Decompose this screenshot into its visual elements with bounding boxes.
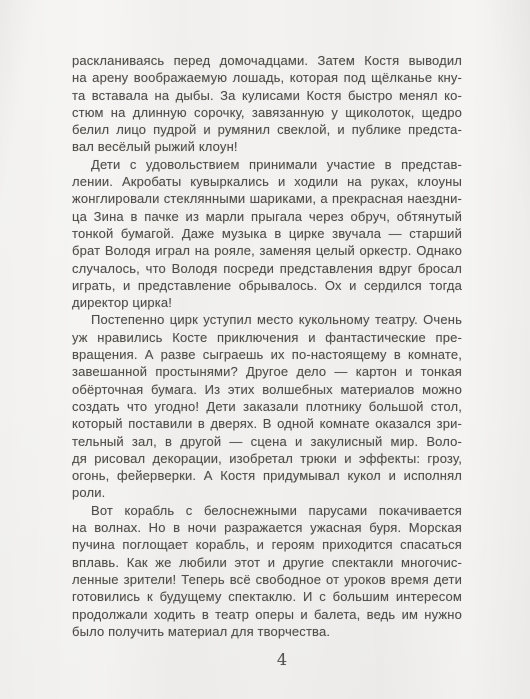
text-block: раскланиваясь перед домочадцами. Затем К… (72, 52, 462, 640)
text-line: дя рисовал декорации, изобретал трюки и … (72, 450, 462, 467)
text-line: брат Володя играл на рояле, заменяя целы… (72, 242, 462, 259)
text-line: Постепенно цирк уступил место кукольному… (72, 311, 462, 328)
text-line: Вот корабль с белоснежными парусами пока… (72, 502, 462, 519)
text-line: стюм на длинную сорочку, завязанную у щи… (72, 104, 462, 121)
text-line: завешанной простынями? Другое дело — кар… (72, 363, 462, 380)
text-line: уж нравились Косте приключения и фантаст… (72, 329, 462, 346)
text-line: раскланиваясь перед домочадцами. Затем К… (72, 52, 462, 69)
text-line: тельный зал, в другой — сцена и закулисн… (72, 433, 462, 450)
text-line: та вставала на дыбы. За кулисами Костя б… (72, 87, 462, 104)
text-line: случалось, что Володя посреди представле… (72, 260, 462, 277)
book-page: раскланиваясь перед домочадцами. Затем К… (0, 0, 530, 699)
text-line: тонкой бумагой. Даже музыка в цирке звуч… (72, 225, 462, 242)
paragraph: Вот корабль с белоснежными парусами пока… (72, 502, 462, 640)
page-number: 4 (17, 650, 530, 669)
text-line: ца Зина в пачке из марли прыгала через о… (72, 208, 462, 225)
paragraph: Постепенно цирк уступил место кукольному… (72, 311, 462, 501)
text-line: роли. (72, 484, 462, 501)
text-line: обёрточная бумага. Из этих волшебных мат… (72, 381, 462, 398)
text-line: белил лицо пудрой и румянил свеклой, и п… (72, 121, 462, 138)
text-line: жонглировали стеклянными шариками, а пре… (72, 190, 462, 207)
text-line: Дети с удовольствием принимали участие в… (72, 156, 462, 173)
text-line: директор цирка! (72, 294, 462, 311)
text-line: который поставили в дверях. В одной комн… (72, 415, 462, 432)
text-line: лении. Акробаты кувыркались и ходили на … (72, 173, 462, 190)
paragraph: Дети с удовольствием принимали участие в… (72, 156, 462, 312)
text-line: вплавь. Как же любили этот и другие спек… (72, 554, 462, 571)
text-line: ленные зрители! Теперь всё свободное от … (72, 571, 462, 588)
text-line: создать что угодно! Дети заказали плотни… (72, 398, 462, 415)
text-line: на арену воображаемую лошадь, которая по… (72, 69, 462, 86)
text-line: пучина поглощает корабль, и героям прихо… (72, 536, 462, 553)
text-line: готовились к будущему спектаклю. И с бол… (72, 588, 462, 605)
text-line: огонь, фейерверки. А Костя придумывал ку… (72, 467, 462, 484)
text-line: продолжали ходить в театр оперы и балета… (72, 606, 462, 623)
paragraph: раскланиваясь перед домочадцами. Затем К… (72, 52, 462, 156)
text-line: вращения. А разве сыграешь их по-настоящ… (72, 346, 462, 363)
text-line: играть, и представление обрывалось. Ох и… (72, 277, 462, 294)
text-line: было получить материал для творчества. (72, 623, 462, 640)
text-line: вал весёлый рыжий клоун! (72, 138, 462, 155)
text-line: на волнах. Но в ночи разражается ужасная… (72, 519, 462, 536)
